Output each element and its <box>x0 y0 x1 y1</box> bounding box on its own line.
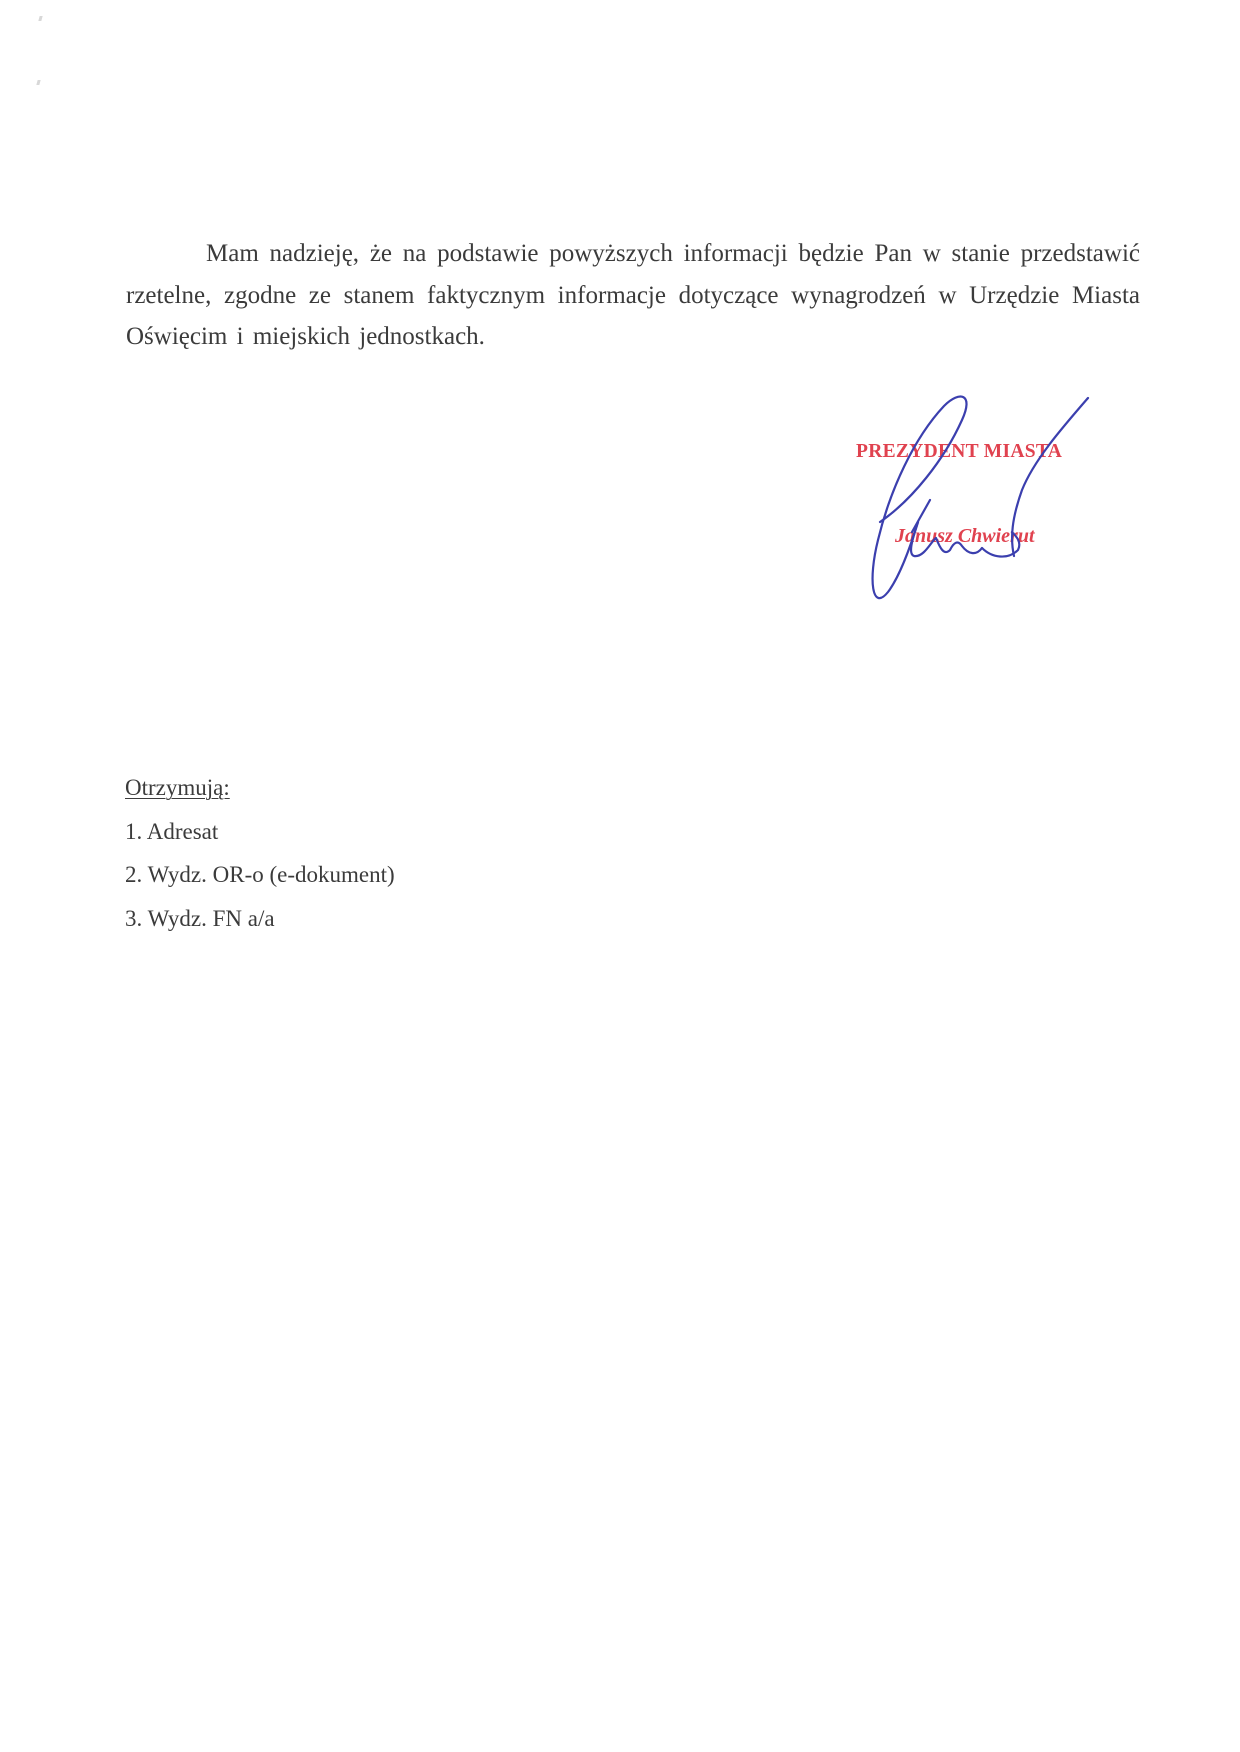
document-page: Mam nadzieję, że na podstawie powyższych… <box>0 0 1240 1752</box>
recipient-item: 1. Adresat <box>125 810 395 854</box>
signature-stamp: PREZYDENT MIASTA Janusz Chwierut <box>852 380 1112 610</box>
recipient-item: 2. Wydz. OR-o (e-dokument) <box>125 853 395 897</box>
recipients-items: 1. Adresat 2. Wydz. OR-o (e-dokument) 3.… <box>125 810 395 941</box>
body-paragraph-text: Mam nadzieję, że na podstawie powyższych… <box>126 240 1140 350</box>
scan-artifact <box>38 16 42 21</box>
recipient-item: 3. Wydz. FN a/a <box>125 897 395 941</box>
recipients-heading: Otrzymują: <box>125 766 395 810</box>
recipients-list: Otrzymują: 1. Adresat 2. Wydz. OR-o (e-d… <box>125 766 395 940</box>
scan-artifact <box>36 80 40 85</box>
handwritten-signature-icon <box>852 380 1112 610</box>
body-paragraph: Mam nadzieję, że na podstawie powyższych… <box>126 233 1140 358</box>
